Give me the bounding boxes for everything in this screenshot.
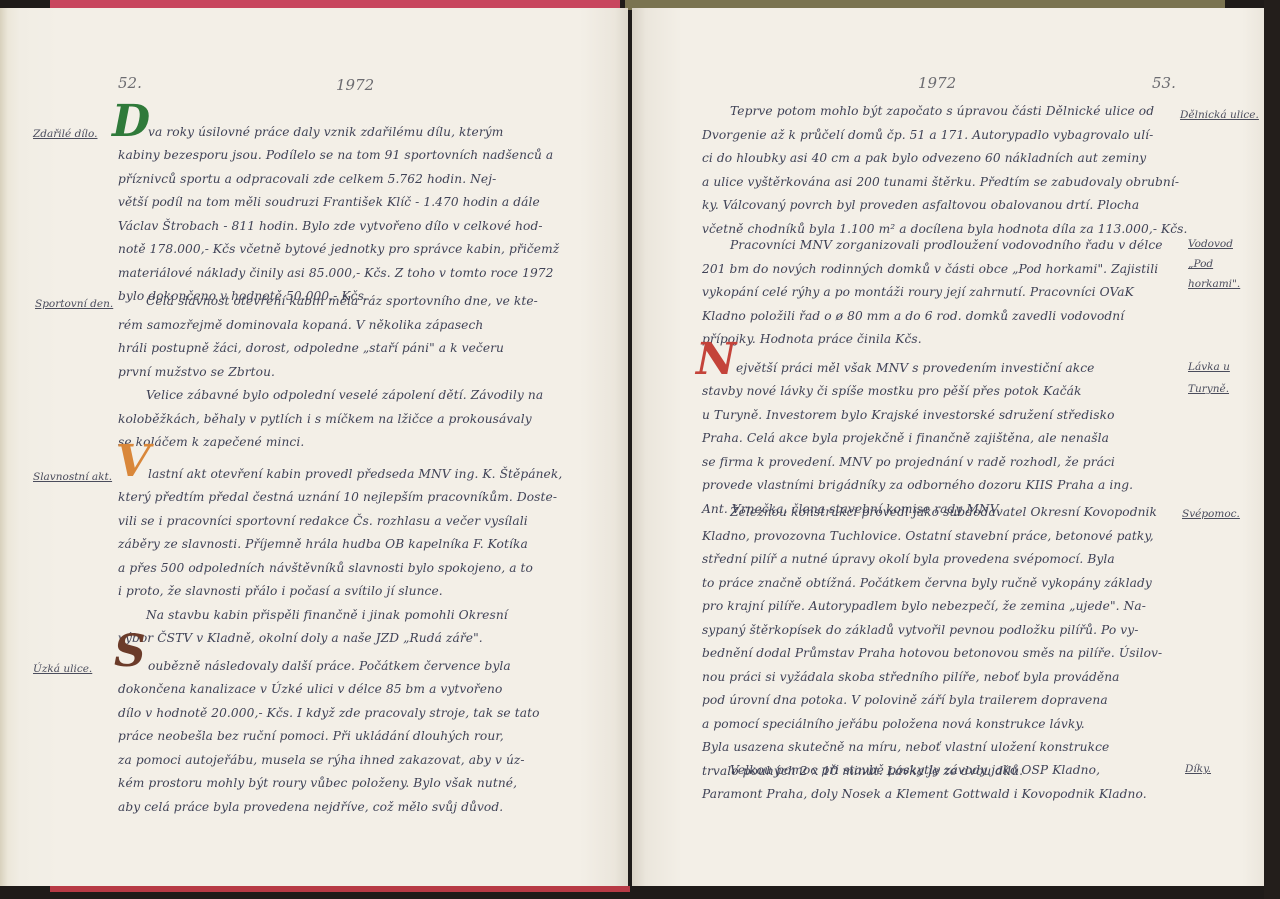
left-page: 52. 1972 Zdařilé dílo. D va roky úsilovn… bbox=[0, 8, 628, 886]
margin-note: Díky. bbox=[1185, 763, 1211, 775]
margin-note: Zdařilé dílo. bbox=[33, 128, 97, 140]
margin-note: Sportovní den. bbox=[35, 298, 113, 310]
open-chronicle-book: 52. 1972 Zdařilé dílo. D va roky úsilovn… bbox=[0, 0, 1280, 899]
paragraph: Celá slavnost otevření kabin měla ráz sp… bbox=[118, 290, 543, 455]
paragraph: dokončena kanalizace v Úzké ulici v délc… bbox=[118, 678, 540, 819]
paragraph: oubězně následovaly další práce. Počátke… bbox=[148, 655, 511, 679]
initial-letter-d: D bbox=[112, 100, 150, 144]
paragraph: lastní akt otevření kabin provedl předse… bbox=[148, 463, 562, 487]
margin-note: Úzká ulice. bbox=[33, 663, 92, 675]
page-year: 1972 bbox=[336, 76, 374, 94]
initial-letter-s: S bbox=[114, 630, 146, 674]
initial-letter-v: V bbox=[116, 440, 150, 484]
paragraph: stavby nové lávky či spíše mostku pro pě… bbox=[702, 380, 1133, 521]
margin-note: Svépomoc. bbox=[1182, 508, 1240, 520]
page-number: 53. bbox=[1152, 74, 1176, 92]
book-edge-shadow bbox=[1264, 0, 1280, 899]
right-page: 1972 53. Dělnická ulice. Teprve potom mo… bbox=[632, 8, 1264, 886]
paragraph: který předtím předal čestná uznání 10 ne… bbox=[118, 486, 557, 651]
page-number: 52. bbox=[118, 74, 142, 92]
margin-note: Vodovod „Pod horkami". bbox=[1188, 234, 1258, 294]
paragraph: Teprve potom mohlo být započato s úpravo… bbox=[702, 100, 1188, 241]
paragraph: ejvětší práci měl však MNV s provedením … bbox=[736, 357, 1094, 381]
paragraph: Velkou pomoc při stavbě poskytly závody … bbox=[702, 759, 1147, 806]
paragraph: Železnou konstrukci provedl jako subdoda… bbox=[702, 501, 1162, 783]
paragraph: va roky úsilovné práce daly vznik zdařil… bbox=[148, 121, 503, 145]
initial-letter-n: N bbox=[696, 338, 736, 382]
margin-note: Dělnická ulice. bbox=[1180, 109, 1259, 121]
book-cover-edge bbox=[50, 886, 630, 892]
margin-note: Lávka u Turyně. bbox=[1188, 356, 1248, 400]
paragraph: Pracovníci MNV zorganizovali prodloužení… bbox=[702, 234, 1163, 352]
paragraph: kabiny bezesporu jsou. Podílelo se na to… bbox=[118, 144, 559, 309]
margin-note: Slavnostní akt. bbox=[33, 471, 112, 483]
page-year: 1972 bbox=[918, 74, 956, 92]
